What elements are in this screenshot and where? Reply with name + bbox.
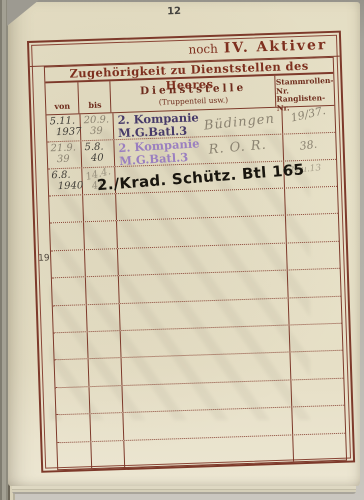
dienststelle-label: Dienststelle xyxy=(140,81,247,97)
handwritten-note: R. O. R. xyxy=(208,138,267,158)
row1-bis: 20.9. 39 xyxy=(80,113,114,140)
row1-stammrollen: 19/37. xyxy=(282,106,335,134)
page-number: 12 xyxy=(160,6,188,18)
section-header-prefix: noch xyxy=(188,41,218,56)
column-header-von: von xyxy=(45,82,79,114)
section-header-title: IV. Aktiver xyxy=(224,37,328,56)
scanned-document-page: 12 noch IV. Aktiver 19 Zugehörigkeit zu … xyxy=(0,0,364,500)
table-body: 5.11. 1937 20.9. 39 2. Kompanie M.G.Batl… xyxy=(46,106,346,469)
sheet-margin-mark: 19 xyxy=(38,253,50,263)
row3-von: 6.8. 1940 xyxy=(48,168,83,195)
row2-stammrollen: 38. xyxy=(283,133,336,161)
row2-bis: 5.8. 40 xyxy=(81,140,115,167)
column-header-bis: bis xyxy=(79,81,112,113)
unit-stamp: 2. Kompanie M.G.Batl.3 xyxy=(117,111,199,139)
dienststelle-sublabel: (Truppenteil usw.) xyxy=(159,95,229,106)
column-header-dienststelle: Dienststelle (Truppenteil usw.) xyxy=(111,76,277,112)
printed-form: 12 noch IV. Aktiver 19 Zugehörigkeit zu … xyxy=(0,0,364,500)
handwritten-note: Büdingen xyxy=(203,111,275,133)
column-header-stammrollen: Stammrollen-Nr. Ranglisten-Nr. xyxy=(276,74,335,107)
row1-von: 5.11. 1937 xyxy=(46,114,81,141)
unit-stamp: 2. Kompanie M.G.Batl.3 xyxy=(118,137,200,167)
row2-von: 21.9. 39 xyxy=(47,141,82,168)
service-assignments-table: Zugehörigkeit zu Dienststellen des Heere… xyxy=(44,57,347,470)
